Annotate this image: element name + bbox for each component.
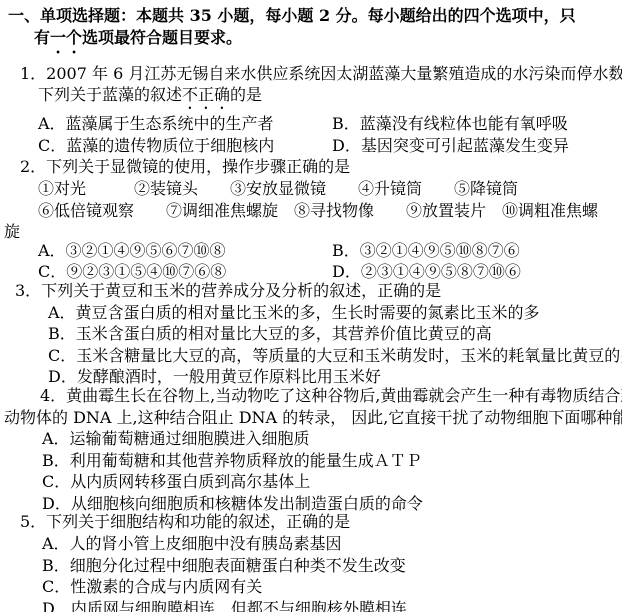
section-title-line2-pre: 有 — [34, 28, 50, 47]
q1-stem-line2-pre: 下列关于蓝藻的叙述 — [38, 85, 182, 104]
q1-stem: 1．2007 年 6 月江苏无锡自来水供应系统因太湖蓝藻大量繁殖造成的水污染而停… — [20, 63, 618, 85]
q1-stem-line2-emphasis: 不正确 — [182, 85, 230, 104]
q2-stem: 2．下列关于显微镜的使用，操作步骤正确的是 — [20, 156, 618, 178]
q4-option-c: C．从内质网转移蛋白质到高尔基体上 — [42, 471, 618, 493]
q4-stem-line2: 动物体的 DNA 上,这种结合阻止 DNA 的转录， 因此,它直接干扰了动物细胞… — [4, 407, 618, 429]
q2-options-row-ab: A．③②①④⑨⑤⑥⑦⑩⑧B．③②①④⑨⑤⑩⑧⑦⑥ — [38, 240, 618, 262]
q1-options-row-ab: A．蓝藻属于生态系统中的生产者B．蓝藻没有线粒体也能有氧呼吸 — [38, 113, 618, 135]
q3-stem: 3．下列关于黄豆和玉米的营养成分及分析的叙述，正确的是 — [15, 280, 618, 302]
q1-stem-line2: 下列关于蓝藻的叙述不正确的是 — [38, 84, 618, 113]
q4-stem: 4．黄曲霉生长在谷物上,当动物吃了这种谷物后,黄曲霉就会产生一种有毒物质结合到 — [40, 385, 618, 407]
section-title-line2: 有一个选项最符合题目要求。 — [34, 27, 618, 57]
q3-option-a: A．黄豆含蛋白质的相对量比玉米的多，生长时需要的氮素比玉米的多 — [48, 302, 618, 324]
q1-option-b: B．蓝藻没有线粒体也能有氧呼吸 — [332, 113, 568, 135]
q5-option-c: C．性激素的合成与内质网有关 — [42, 576, 618, 598]
q2-option-b: B．③②①④⑨⑤⑩⑧⑦⑥ — [332, 240, 520, 262]
q1-option-d: D．基因突变可引起蓝藻发生变异 — [332, 135, 569, 157]
q2-steps-line2: ⑥低倍镜观察 ⑦调细准焦螺旋 ⑧寻找物像 ⑨放置装片 ⑩调粗准焦螺 — [38, 200, 618, 222]
q5-option-d: D．内质网与细胞膜相连，但都不与细胞核外膜相连 — [42, 598, 618, 612]
q5-stem: 5．下列关于细胞结构和功能的叙述，正确的是 — [20, 511, 618, 533]
q2-option-a: A．③②①④⑨⑤⑥⑦⑩⑧ — [38, 240, 332, 262]
q2-steps-line1: ①对光 ②装镜头 ③安放显微镜 ④升镜筒 ⑤降镜筒 — [38, 178, 618, 200]
q3-option-c: C．玉米含糖量比大豆的高，等质量的大豆和玉米萌发时，玉米的耗氧量比黄豆的多 — [48, 345, 618, 367]
q5-option-b: B．细胞分化过程中细胞表面糖蛋白种类不发生改变 — [42, 555, 618, 577]
q4-option-a: A．运输葡萄糖通过细胞膜进入细胞质 — [42, 428, 618, 450]
q1-stem-line2-post: 的是 — [230, 85, 262, 104]
q5-option-a: A．人的肾小管上皮细胞中没有胰岛素基因 — [42, 533, 618, 555]
section-title-line2-post: 选项最符合题目要求。 — [82, 28, 242, 47]
q3-option-b: B．玉米含蛋白质的相对量比大豆的多，其营养价值比黄豆的高 — [48, 323, 618, 345]
q1-options-row-cd: C．蓝藻的遗传物质位于细胞核内D．基因突变可引起蓝藻发生变异 — [38, 135, 618, 157]
exam-page: 一、单项选择题：本题共 35 小题，每小题 2 分。每小题给出的四个选项中，只 … — [0, 0, 622, 612]
q1-option-a: A．蓝藻属于生态系统中的生产者 — [38, 113, 332, 135]
section-title: 一、单项选择题：本题共 35 小题，每小题 2 分。每小题给出的四个选项中，只 — [8, 5, 618, 27]
q4-option-b: B．利用葡萄糖和其他营养物质释放的能量生成ＡＴＰ — [42, 450, 618, 472]
section-title-line2-emphasis: 一个 — [50, 28, 82, 47]
q1-option-c: C．蓝藻的遗传物质位于细胞核内 — [38, 135, 332, 157]
